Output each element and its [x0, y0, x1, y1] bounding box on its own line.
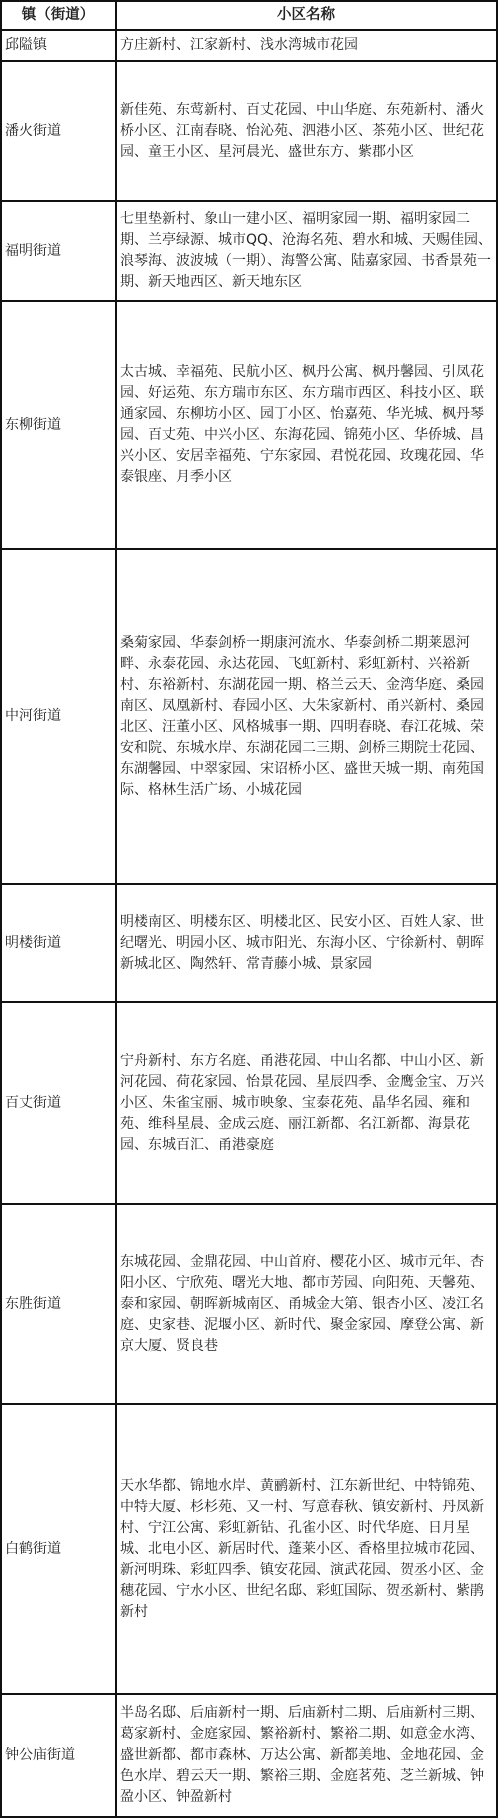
- community-names-cell: 半岛名邸、后庙新村一期、后庙新村二期、后庙新村三期、葛家新村、金庭家园、繁裕新村…: [116, 1694, 497, 1817]
- community-names-cell: 方庄新村、江家新村、浅水湾城市花园: [116, 30, 497, 61]
- community-names-cell: 新佳苑、东莺新村、百丈花园、中山华庭、东苑新村、潘火桥小区、江南春晓、怡沁苑、泗…: [116, 61, 497, 201]
- community-names-cell: 宁舟新村、东方名庭、甬港花园、中山名都、中山小区、新河花园、荷花家园、怡景花园、…: [116, 1002, 497, 1204]
- town-cell: 福明街道: [1, 201, 116, 301]
- community-names-cell: 七里垫新村、象山一建小区、福明家园一期、福明家园二期、兰亭绿源、城市QQ、沧海名…: [116, 201, 497, 301]
- community-names-cell: 天水华都、锦地水岸、黄鹂新村、江东新世纪、中特锦苑、中特大厦、杉杉苑、又一村、写…: [116, 1404, 497, 1694]
- table-row: 百丈街道 宁舟新村、东方名庭、甬港花园、中山名都、中山小区、新河花园、荷花家园、…: [1, 1002, 497, 1204]
- community-names-cell: 东城花园、金鼎花园、中山首府、樱花小区、城市元年、杏阳小区、宁欣苑、曙光大地、都…: [116, 1204, 497, 1404]
- town-cell: 百丈街道: [1, 1002, 116, 1204]
- header-row: 镇（街道） 小区名称: [1, 1, 497, 30]
- table-row: 钟公庙街道 半岛名邸、后庙新村一期、后庙新村二期、后庙新村三期、葛家新村、金庭家…: [1, 1694, 497, 1817]
- town-cell: 白鹤街道: [1, 1404, 116, 1694]
- town-cell: 邱隘镇: [1, 30, 116, 61]
- table-row: 中河街道 桑菊家园、华泰剑桥一期康河流水、华泰剑桥二期莱恩河畔、永泰花园、永达花…: [1, 549, 497, 884]
- community-names-cell: 桑菊家园、华泰剑桥一期康河流水、华泰剑桥二期莱恩河畔、永泰花园、永达花园、飞虹新…: [116, 549, 497, 884]
- header-town: 镇（街道）: [1, 1, 116, 30]
- table-row: 福明街道 七里垫新村、象山一建小区、福明家园一期、福明家园二期、兰亭绿源、城市Q…: [1, 201, 497, 301]
- table-row: 明楼街道 明楼南区、明楼东区、明楼北区、民安小区、百姓人家、世纪曙光、明园小区、…: [1, 884, 497, 1002]
- town-cell: 潘火街道: [1, 61, 116, 201]
- table-row: 白鹤街道 天水华都、锦地水岸、黄鹂新村、江东新世纪、中特锦苑、中特大厦、杉杉苑、…: [1, 1404, 497, 1694]
- table-row: 东胜街道 东城花园、金鼎花园、中山首府、樱花小区、城市元年、杏阳小区、宁欣苑、曙…: [1, 1204, 497, 1404]
- town-cell: 东胜街道: [1, 1204, 116, 1404]
- town-cell: 东柳街道: [1, 301, 116, 549]
- community-names-cell: 明楼南区、明楼东区、明楼北区、民安小区、百姓人家、世纪曙光、明园小区、城市阳光、…: [116, 884, 497, 1002]
- table-row: 邱隘镇 方庄新村、江家新村、浅水湾城市花园: [1, 30, 497, 61]
- table-row: 潘火街道 新佳苑、东莺新村、百丈花园、中山华庭、东苑新村、潘火桥小区、江南春晓、…: [1, 61, 497, 201]
- community-table: 镇（街道） 小区名称 邱隘镇 方庄新村、江家新村、浅水湾城市花园 潘火街道 新佳…: [0, 0, 498, 1818]
- header-community-names: 小区名称: [116, 1, 497, 30]
- town-cell: 中河街道: [1, 549, 116, 884]
- town-cell: 明楼街道: [1, 884, 116, 1002]
- community-names-cell: 太古城、幸福苑、民航小区、枫丹公寓、枫丹馨园、引凤花园、好运苑、东方瑞市东区、东…: [116, 301, 497, 549]
- table-row: 东柳街道 太古城、幸福苑、民航小区、枫丹公寓、枫丹馨园、引凤花园、好运苑、东方瑞…: [1, 301, 497, 549]
- town-cell: 钟公庙街道: [1, 1694, 116, 1817]
